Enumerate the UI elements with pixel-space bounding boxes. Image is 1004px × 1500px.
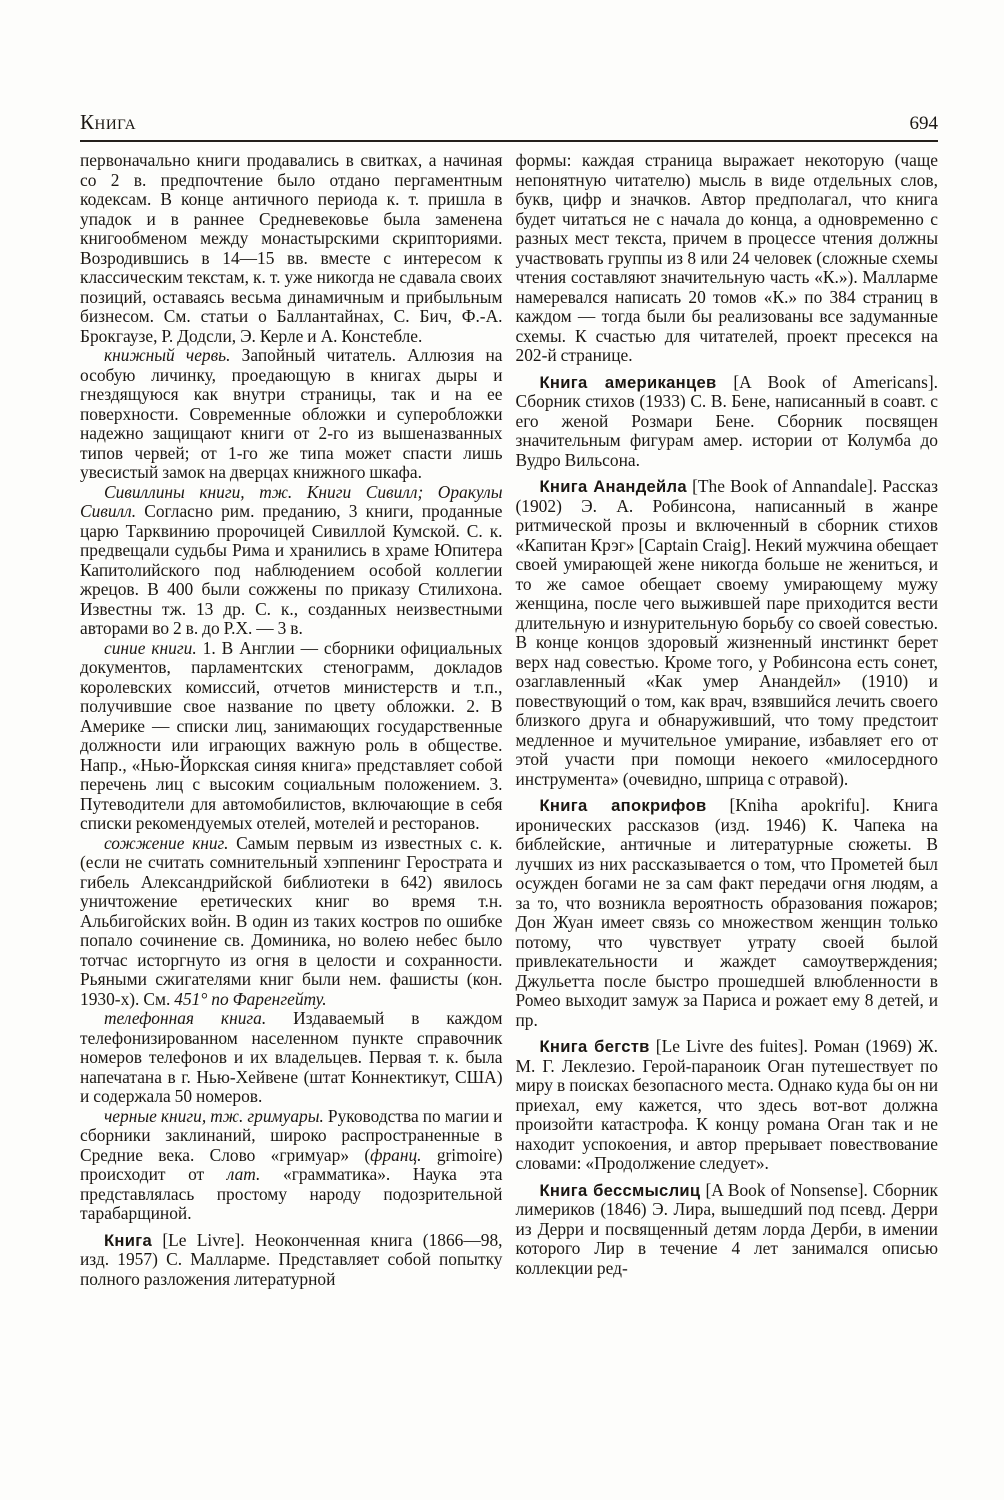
entry-kniga-begstv: Книга бегств [Le Livre des fuites]. Рома… xyxy=(516,1037,939,1174)
inline-reference-title: 451° по Фаренгейту. xyxy=(174,989,326,1009)
entry-headword: черные книги, тж. гримуары. xyxy=(104,1106,324,1126)
scanned-dictionary-page: Книга 694 первоначально книги продавалис… xyxy=(0,0,1004,1500)
entry-continuation: формы: каждая страница выражает некотору… xyxy=(516,151,939,366)
entry-headword: книжный червь. xyxy=(104,345,230,365)
entry-kniga-bessmyslits: Книга бессмыслиц [A Book of Nonsense]. С… xyxy=(516,1181,939,1279)
page-content: Книга 694 первоначально книги продавалис… xyxy=(80,110,938,1289)
entry-headword: синие книги. xyxy=(104,638,197,658)
entry-headword: Книга американцев xyxy=(540,373,717,392)
entry-body-text: [Le Livre des fuites]. Роман (1969) Ж. М… xyxy=(516,1036,939,1173)
page-number: 694 xyxy=(910,113,939,135)
two-column-text: первоначально книги продавались в свитка… xyxy=(80,151,938,1289)
entry-body-text: Согласно рим. преданию, 3 книги, проданн… xyxy=(80,501,503,638)
inline-language-label: франц. xyxy=(370,1145,421,1165)
entry-headword: телефонная книга. xyxy=(104,1008,266,1028)
entry-body-text: [Kniha apokrifu]. Книга иронических расс… xyxy=(516,795,939,1030)
entry-chernye-knigi: черные книги, тж. гримуары. Руководства … xyxy=(80,1107,503,1224)
running-title: Книга xyxy=(80,110,136,135)
entry-headword: Книга Анандейла xyxy=(540,477,687,496)
entry-headword: Книга апокрифов xyxy=(540,796,707,815)
entry-headword: сожжение книг. xyxy=(104,833,228,853)
entry-kniga-apokrifov: Книга апокрифов [Kniha apokrifu]. Книга … xyxy=(516,796,939,1030)
entry-body-text: формы: каждая страница выражает некотору… xyxy=(516,150,939,365)
entry-body-text: [The Book of Annandale]. Рассказ (1902) … xyxy=(516,476,939,789)
entry-body-text: Запойный читатель. Аллюзия на особую лич… xyxy=(80,345,503,482)
left-column: первоначально книги продавались в свитка… xyxy=(80,151,503,1289)
entry-sozhzhenie-knig: сожжение книг. Самым первым из известных… xyxy=(80,834,503,1010)
entry-sinie-knigi: синие книги. 1. В Англии — сборники офиц… xyxy=(80,639,503,834)
header-divider xyxy=(80,140,938,142)
inline-language-label: лат. xyxy=(227,1164,261,1184)
entry-headword: Книга бессмыслиц xyxy=(540,1181,701,1200)
right-column: формы: каждая страница выражает некотору… xyxy=(516,151,939,1289)
entry-headword: Книга бегств xyxy=(540,1037,650,1056)
entry-body-text: первоначально книги продавались в свитка… xyxy=(80,150,503,346)
entry-kniga-le-livre: Книга [Le Livre]. Неоконченная книга (18… xyxy=(80,1231,503,1290)
entry-sivilliny-knigi: Сивиллины книги, тж. Книги Сивилл; Ораку… xyxy=(80,483,503,639)
entry-continuation: первоначально книги продавались в свитка… xyxy=(80,151,503,346)
entry-body-text: 1. В Англии — сборники официальных докум… xyxy=(80,638,503,834)
entry-body-text: Самым первым из известных с. к. (если не… xyxy=(80,833,503,1009)
entry-kniga-amerikantsev: Книга американцев [A Book of Americans].… xyxy=(516,373,939,471)
entry-knizhny-cherv: книжный червь. Запойный читатель. Аллюзи… xyxy=(80,346,503,483)
entry-kniga-anandeila: Книга Анандейла [The Book of Annandale].… xyxy=(516,477,939,789)
entry-headword: Книга xyxy=(104,1231,152,1250)
entry-telefonnaya-kniga: телефонная книга. Издаваемый в каждом те… xyxy=(80,1009,503,1107)
page-header: Книга 694 xyxy=(80,110,938,140)
